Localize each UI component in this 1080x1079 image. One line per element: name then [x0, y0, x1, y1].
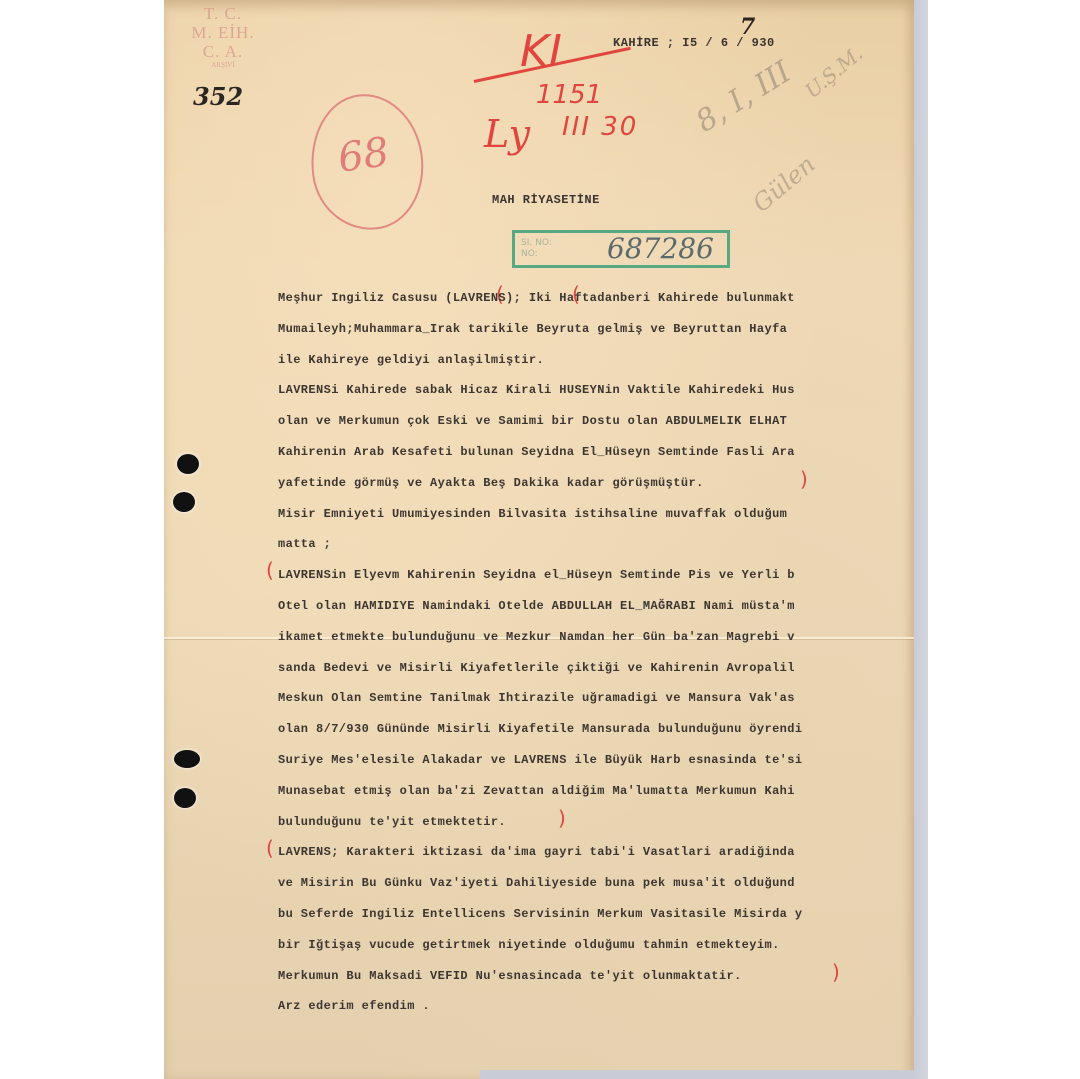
body-line: Meskun Olan Semtine Tanilmak Ihtirazile … [278, 683, 918, 714]
punch-hole-icon [177, 454, 199, 474]
date-correction: 7 [740, 14, 755, 40]
red-bracket-icon: ( [266, 836, 274, 860]
body-line: olan ve Merkumun çok Eski ve Samimi bir … [278, 406, 918, 437]
body-line: olan 8/7/930 Gününde Misirli Kiyafetile … [278, 714, 918, 745]
punch-hole-icon [173, 492, 195, 512]
archive-stamp-line: C. A. [168, 42, 278, 61]
body-line: LAVRENSin Elyevm Kahirenin Seyidna el_Hü… [278, 560, 918, 591]
body-line: bu Seferde Ingiliz Entellicens Servisini… [278, 899, 918, 930]
closing-line: Arz ederim efendim . [278, 991, 918, 1022]
registry-stamp-label: SI. NO: NO: [521, 238, 552, 260]
red-annotation-date: III 30 [562, 112, 638, 142]
body-line: ve Misirin Bu Günku Vaz'iyeti Dahiliyesi… [278, 868, 918, 899]
circled-number-text: 68 [335, 129, 392, 182]
registry-stamp: SI. NO: NO: 687286 [512, 230, 730, 268]
body-line: yafetinde görmüş ve Ayakta Beş Dakika ka… [278, 468, 918, 499]
body-line: bir Iğtişaş vucude getirtmek niyetinde o… [278, 930, 918, 961]
punch-hole-icon [174, 750, 200, 768]
body-line: Otel olan HAMIDIYE Namindaki Otelde ABDU… [278, 591, 918, 622]
archive-stamp-line: T. C. [168, 4, 278, 23]
scan-edge-bottom [480, 1070, 914, 1079]
body-line: Merkumun Bu Maksadi VEFID Nu'esnasincada… [278, 961, 918, 992]
body-line: Munasebat etmiş olan ba'zi Zevattan aldi… [278, 776, 918, 807]
body-line: LAVRENSi Kahirede sabak Hicaz Kirali HUS… [278, 375, 918, 406]
body-line: Mumaileyh;Muhammara_Irak tarikile Beyrut… [278, 314, 918, 345]
body-line: Suriye Mes'elesile Alakadar ve LAVRENS i… [278, 745, 918, 776]
body-line: sanda Bedevi ve Misirli Kiyafetlerile çi… [278, 653, 918, 684]
body-line: bulunduğunu te'yit etmektetir. [278, 807, 918, 838]
registry-number: 687286 [607, 232, 714, 265]
body-line: ikamet etmekte bulunduğunu ve Mezkur Nam… [278, 622, 918, 653]
red-signature: Ly [484, 112, 530, 156]
archive-stamp: T. C. M. EİH. C. A. ARŞİVİ [168, 4, 278, 70]
punch-hole-icon [174, 788, 196, 808]
page-number: 352 [193, 82, 243, 111]
body-line: Kahirenin Arab Kesafeti bulunan Seyidna … [278, 437, 918, 468]
body-line: matta ; [278, 529, 918, 560]
body-line: ile Kahireye geldiyi anlaşilmiştir. [278, 345, 918, 376]
recipient-heading: MAH RİYASETİNE [492, 193, 600, 207]
archive-stamp-small: ARŞİVİ [168, 61, 278, 70]
archive-stamp-line: M. EİH. [168, 23, 278, 42]
red-bracket-icon: ( [266, 558, 274, 582]
registry-label-line: SI. NO: [521, 238, 552, 249]
body-line: LAVRENS; Karakteri iktizasi da'ima gayri… [278, 837, 918, 868]
body-line: Meşhur Ingiliz Casusu (LAVRENS); Iki Haf… [278, 283, 918, 314]
body-line: Misir Emniyeti Umumiyesinden Bilvasita i… [278, 499, 918, 530]
registry-label-line: NO: [521, 249, 552, 260]
red-annotation-number: 1151 [536, 80, 602, 110]
letter-body: Meşhur Ingiliz Casusu (LAVRENS); Iki Haf… [278, 283, 918, 1022]
